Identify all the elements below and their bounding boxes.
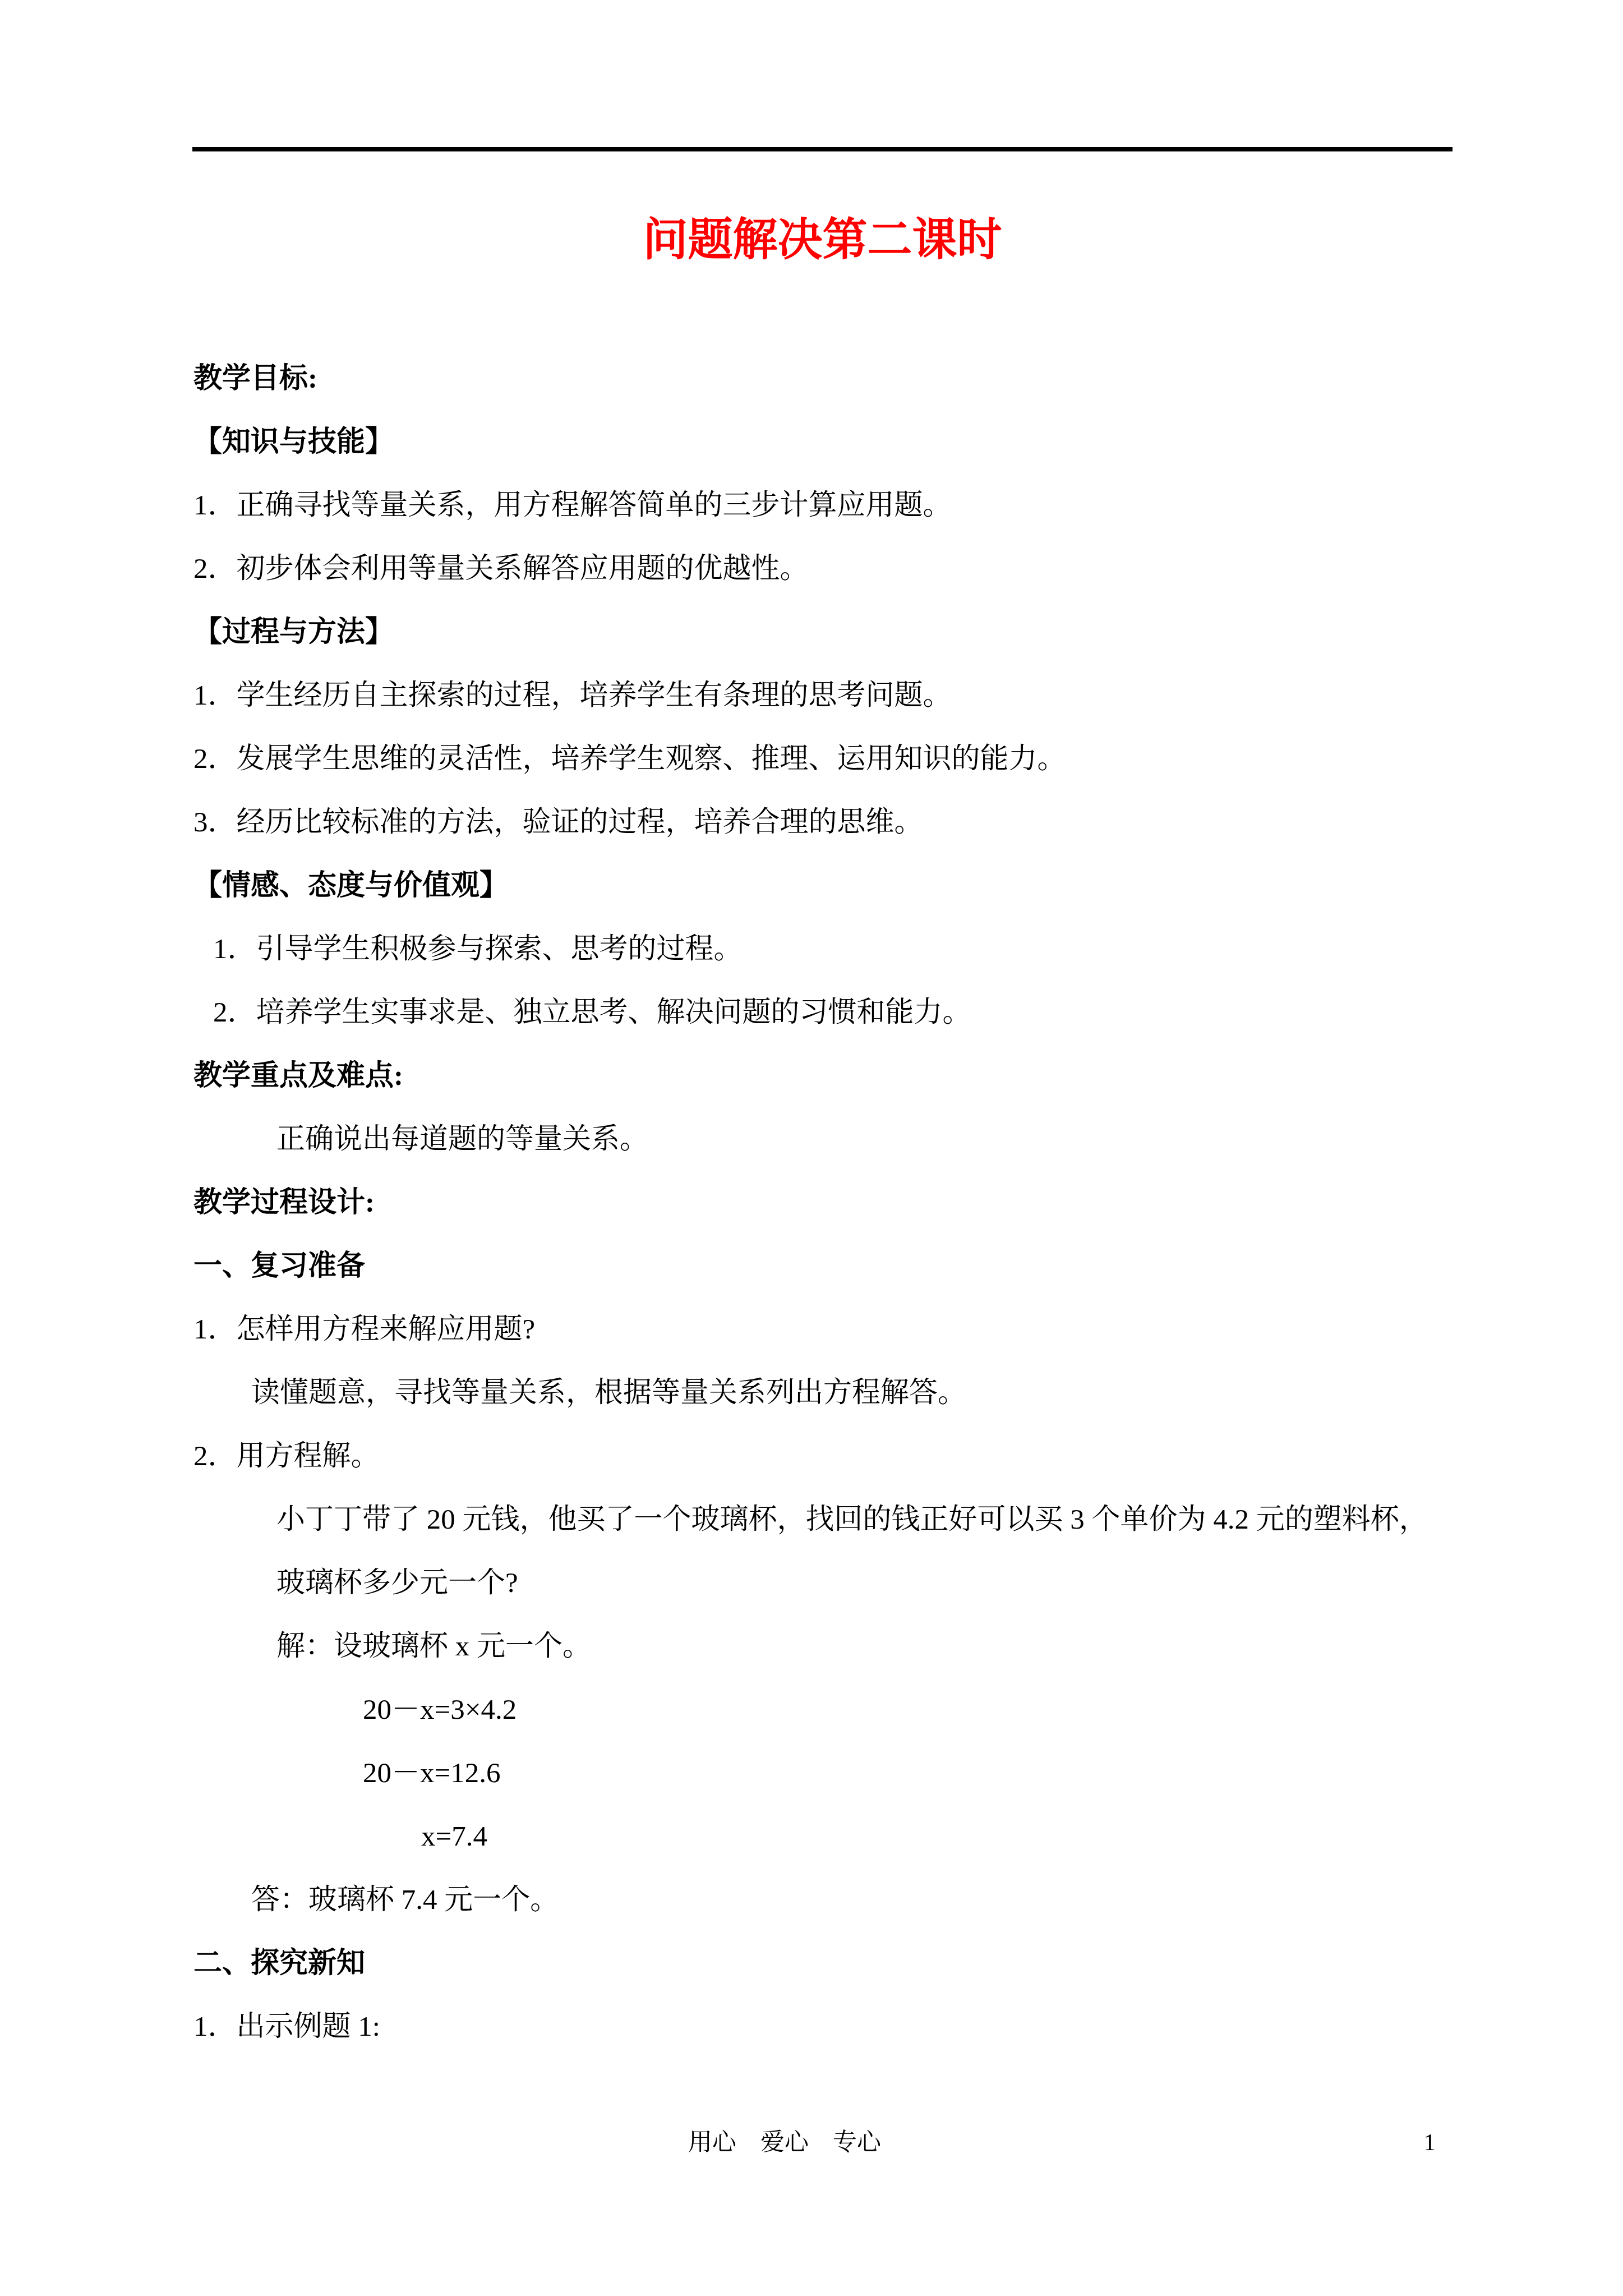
equation-result: x=7.4	[193, 1805, 1461, 1869]
heading-teaching-goals: 教学目标:	[193, 347, 1461, 411]
list-item: 3．经历比较标准的方法，验证的过程，培养合理的思维。	[193, 791, 1461, 854]
list-item: 2．初步体会利用等量关系解答应用题的优越性。	[193, 537, 1461, 601]
section-explore-new: 二、探究新知	[193, 1932, 1461, 1995]
problem-question: 玻璃杯多少元一个?	[193, 1552, 1461, 1615]
solution-setup: 解：设玻璃杯 x 元一个。	[193, 1615, 1461, 1678]
list-item: 1．怎样用方程来解应用题?	[193, 1298, 1461, 1361]
page-footer: 用心 爱心 专心 1	[192, 2125, 1453, 2161]
heading-key-difficulties: 教学重点及难点:	[193, 1045, 1461, 1108]
list-item: 1．出示例题 1:	[193, 1995, 1461, 2059]
answer-line: 答：玻璃杯 7.4 元一个。	[193, 1869, 1461, 1932]
list-item: 1．正确寻找等量关系，用方程解答简单的三步计算应用题。	[193, 474, 1461, 537]
paragraph: 正确说出每道题的等量关系。	[193, 1108, 1461, 1171]
section-review-preparation: 一、复习准备	[193, 1235, 1461, 1298]
document-page: 问题解决第二课时 教学目标: 【知识与技能】 1．正确寻找等量关系，用方程解答简…	[0, 0, 1623, 2296]
paragraph: 读懂题意，寻找等量关系，根据等量关系列出方程解答。	[193, 1361, 1461, 1425]
page-number: 1	[1424, 2125, 1436, 2161]
list-item: 1．学生经历自主探索的过程，培养学生有条理的思考问题。	[193, 664, 1461, 728]
heading-knowledge-skills: 【知识与技能】	[193, 411, 1461, 474]
list-item: 1．引导学生积极参与探索、思考的过程。	[193, 918, 1461, 981]
equation-line: 20－x=3×4.2	[193, 1678, 1461, 1742]
heading-emotion-values: 【情感、态度与价值观】	[193, 854, 1461, 918]
heading-process-design: 教学过程设计:	[193, 1171, 1461, 1235]
list-item: 2．用方程解。	[193, 1425, 1461, 1488]
footer-motto: 用心 爱心 专心	[688, 2125, 881, 2161]
list-item: 2．培养学生实事求是、独立思考、解决问题的习惯和能力。	[193, 981, 1461, 1045]
equation-line: 20－x=12.6	[193, 1742, 1461, 1805]
document-body: 教学目标: 【知识与技能】 1．正确寻找等量关系，用方程解答简单的三步计算应用题…	[193, 347, 1461, 2059]
document-title: 问题解决第二课时	[192, 206, 1453, 274]
header-divider	[192, 147, 1453, 151]
list-item: 2．发展学生思维的灵活性，培养学生观察、推理、运用知识的能力。	[193, 728, 1461, 791]
heading-process-method: 【过程与方法】	[193, 601, 1461, 664]
problem-statement: 小丁丁带了 20 元钱，他买了一个玻璃杯，找回的钱正好可以买 3 个单价为 4.…	[193, 1488, 1461, 1552]
